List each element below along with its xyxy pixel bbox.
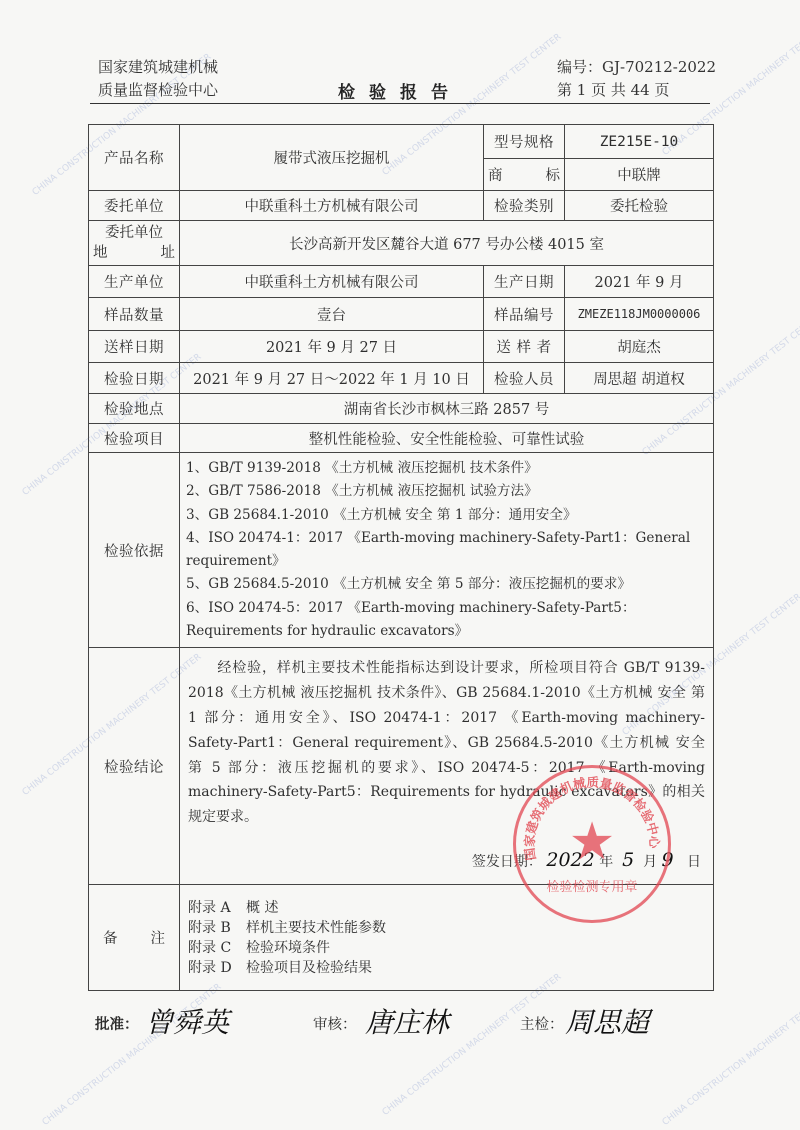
sample-no-label: 样品编号	[484, 298, 565, 331]
inspectors-label: 检验人员	[484, 363, 565, 394]
report-meta: 编号：GJ-70212-2022 第 1 页 共 44 页	[557, 56, 716, 102]
conclusion-label: 检验结论	[89, 648, 180, 885]
approve-signature: 曾舜英	[145, 1001, 229, 1041]
model-value: ZE215E-10	[565, 125, 714, 159]
basis-item: requirement》	[186, 550, 707, 573]
sample-qty-value: 壹台	[180, 298, 484, 331]
sample-qty-label: 样品数量	[89, 298, 180, 331]
inspection-type-label: 检验类别	[484, 191, 565, 221]
report-table: 产品名称 履带式液压挖掘机 型号规格 ZE215E-10 商标 中联牌 委托单位…	[88, 124, 714, 991]
issue-day: 9	[662, 849, 674, 871]
header-divider	[90, 103, 710, 104]
review-signature: 唐庄林	[365, 1001, 449, 1041]
watermark: CHINA CONSTRUCTION MACHINERY TEST CENTER	[661, 982, 800, 1128]
basis-label: 检验依据	[89, 453, 180, 648]
signature-block: 批准： 曾舜英 审核： 唐庄林 主检： 周思超	[95, 1005, 715, 1055]
manufacturer-label: 生产单位	[89, 266, 180, 298]
production-date-label: 生产日期	[484, 266, 565, 298]
brand-value: 中联牌	[565, 159, 714, 191]
inspectors-value: 周思超 胡道权	[565, 363, 714, 394]
delivery-date-label: 送样日期	[89, 331, 180, 363]
delivery-date-value: 2021 年 9 月 27 日	[180, 331, 484, 363]
issue-date: 签发日期： 2022 年 5 月 9 日	[188, 848, 705, 875]
sample-no-value: ZMEZE118JM0000006	[565, 298, 714, 331]
basis-list: 1、GB/T 9139-2018 《土方机械 液压挖掘机 技术条件》 2、GB/…	[180, 453, 714, 648]
issue-month: 5	[622, 849, 634, 871]
sender-value: 胡庭杰	[565, 331, 714, 363]
remark-item: 附录 D检验项目及检验结果	[188, 958, 705, 978]
approve-label: 批准：	[95, 1013, 139, 1034]
client-address-label: 委托单位 地址	[89, 221, 180, 266]
inspection-type-value: 委托检验	[565, 191, 714, 221]
product-name-label: 产品名称	[89, 125, 180, 191]
remarks-list: 附录 A概 述 附录 B样机主要技术性能参数 附录 C检验环境条件 附录 D检验…	[180, 885, 714, 991]
basis-item: 3、GB 25684.1-2010 《土方机械 安全 第 1 部分：通用安全》	[186, 504, 707, 527]
sender-label: 送 样 者	[484, 331, 565, 363]
location-value: 湖南省长沙市枫林三路 2857 号	[180, 394, 714, 424]
org-line-1: 国家建筑城建机械	[98, 56, 218, 79]
basis-item: 1、GB/T 9139-2018 《土方机械 液压挖掘机 技术条件》	[186, 457, 707, 480]
report-page: CHINA CONSTRUCTION MACHINERY TEST CENTER…	[0, 0, 800, 1130]
chief-inspector-label: 主检：	[520, 1013, 564, 1034]
product-name-value: 履带式液压挖掘机	[180, 125, 484, 191]
report-number: 编号：GJ-70212-2022	[557, 56, 716, 79]
remark-item: 附录 C检验环境条件	[188, 938, 705, 958]
remarks-label: 备注	[89, 885, 180, 991]
client-label: 委托单位	[89, 191, 180, 221]
client-value: 中联重科土方机械有限公司	[180, 191, 484, 221]
model-label: 型号规格	[484, 125, 565, 159]
remark-item: 附录 A概 述	[188, 898, 705, 918]
page-info: 第 1 页 共 44 页	[557, 79, 716, 102]
brand-label: 商标	[484, 159, 565, 191]
chief-inspector-signature: 周思超	[565, 1001, 649, 1041]
inspection-date-label: 检验日期	[89, 363, 180, 394]
manufacturer-value: 中联重科土方机械有限公司	[180, 266, 484, 298]
client-address-value: 长沙高新开发区麓谷大道 677 号办公楼 4015 室	[180, 221, 714, 266]
inspection-date-value: 2021 年 9 月 27 日～2022 年 1 月 10 日	[180, 363, 484, 394]
items-label: 检验项目	[89, 424, 180, 453]
review-label: 审核：	[313, 1013, 357, 1034]
items-value: 整机性能检验、安全性能检验、可靠性试验	[180, 424, 714, 453]
issue-year: 2022	[546, 849, 594, 871]
location-label: 检验地点	[89, 394, 180, 424]
basis-item: Requirements for hydraulic excavators》	[186, 620, 707, 643]
basis-item: 5、GB 25684.5-2010 《土方机械 安全 第 5 部分：液压挖掘机的…	[186, 573, 707, 596]
basis-item: 6、ISO 20474-5：2017 《Earth-moving machine…	[186, 597, 707, 620]
conclusion-cell: 经检验，样机主要技术性能指标达到设计要求，所检项目符合 GB/T 9139-20…	[180, 648, 714, 885]
remark-item: 附录 B样机主要技术性能参数	[188, 918, 705, 938]
production-date-value: 2021 年 9 月	[565, 266, 714, 298]
basis-item: 4、ISO 20474-1：2017 《Earth-moving machine…	[186, 527, 707, 550]
conclusion-text: 经检验，样机主要技术性能指标达到设计要求，所检项目符合 GB/T 9139-20…	[188, 656, 705, 830]
basis-item: 2、GB/T 7586-2018 《土方机械 液压挖掘机 试验方法》	[186, 480, 707, 503]
